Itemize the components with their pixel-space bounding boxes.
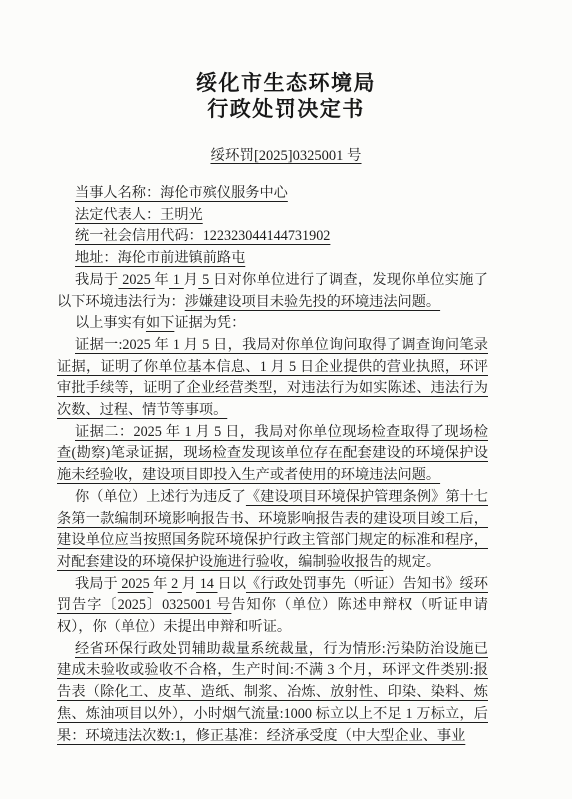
paragraph-discretion-assessment-segment: 经省环保行政处罚辅助裁量系统裁量，行为情形:污染防治设施已建成未验收或验收不合格… bbox=[57, 641, 488, 744]
paragraph-party-name-segment: 当事人名称：海伦市殡仪服务中心 bbox=[75, 185, 288, 201]
document-title: 绥化市生态环境局 行政处罚决定书 bbox=[0, 71, 572, 123]
document-page: 绥化市生态环境局 行政处罚决定书 绥环罚[2025]0325001 号 当事人名… bbox=[0, 0, 572, 799]
paragraph-party-name: 当事人名称：海伦市殡仪服务中心 bbox=[57, 183, 488, 205]
paragraph-violation-clause: 你（单位）上述行为违反了《建设项目环境保护管理条例》第十七条第一款编制环境影响报… bbox=[57, 487, 488, 574]
paragraph-discretion-assessment: 经省环保行政处罚辅助裁量系统裁量，行为情形:污染防治设施已建成未验收或验收不合格… bbox=[57, 639, 488, 748]
paragraph-evidence-2: 证据二：2025 年 1 月 5 日，我局对你单位现场检查取得了现场检查(勘察)… bbox=[57, 422, 488, 487]
document-number: 绥环罚[2025]0325001 号 bbox=[0, 146, 572, 166]
paragraph-prior-notification-segment: 2025 bbox=[118, 576, 154, 592]
paragraph-evidence-intro: 以上事实有如下证据为凭： bbox=[57, 313, 488, 335]
paragraph-investigation-finding-segment: 月 bbox=[184, 272, 198, 288]
paragraph-credit-code: 统一社会信用代码：122323044144731902 bbox=[57, 226, 488, 248]
paragraph-investigation-finding-segment: 涉嫌建设项目未验先投的环境违法问题。 bbox=[185, 294, 440, 310]
paragraph-investigation-finding-segment: 我局于 bbox=[75, 272, 118, 288]
paragraph-investigation-finding-segment: 2025 bbox=[118, 272, 154, 288]
document-number-text: 绥环罚[2025]0325001 号 bbox=[210, 148, 361, 164]
paragraph-violation-clause-segment: 你（单位）上述行为违反了 bbox=[75, 489, 246, 505]
paragraph-prior-notification: 我局于 2025 年 2 月 14 日以《行政处罚事先（听证）告知书》绥环罚告字… bbox=[57, 574, 488, 639]
paragraph-address-segment: 地址：海伦市前进镇前路屯 bbox=[75, 250, 245, 266]
paragraph-evidence-1-segment: 证据一:2025 年 1 月 5 日，我局对你单位询问取得了调查询问笔录证据，证… bbox=[57, 337, 488, 418]
paragraph-prior-notification-segment: 年 bbox=[153, 576, 167, 592]
paragraph-evidence-intro-segment: 证据为凭： bbox=[174, 315, 245, 331]
paragraph-address: 地址：海伦市前进镇前路屯 bbox=[57, 248, 488, 270]
paragraph-prior-notification-segment: 日以 bbox=[217, 576, 245, 592]
paragraph-evidence-intro-segment: 以上事实有 bbox=[75, 315, 146, 331]
paragraph-prior-notification-segment: 我局于 bbox=[75, 576, 118, 592]
paragraph-prior-notification-segment: 月 bbox=[182, 576, 196, 592]
document-title-line1: 绥化市生态环境局 bbox=[0, 71, 572, 97]
document-body: 当事人名称：海伦市殡仪服务中心法定代表人：王明光统一社会信用代码：1223230… bbox=[57, 183, 488, 747]
paragraph-evidence-intro-segment: 如下 bbox=[146, 315, 174, 331]
paragraph-evidence-1: 证据一:2025 年 1 月 5 日，我局对你单位询问取得了调查询问笔录证据，证… bbox=[57, 335, 488, 422]
paragraph-investigation-finding: 我局于 2025 年 1 月 5 日对你单位进行了调查，发现你单位实施了以下环境… bbox=[57, 270, 488, 313]
paragraph-credit-code-segment: 统一社会信用代码：122323044144731902 bbox=[75, 228, 330, 244]
paragraph-investigation-finding-segment: 5 bbox=[198, 272, 213, 288]
paragraph-investigation-finding-segment: 年 bbox=[155, 272, 169, 288]
paragraph-investigation-finding-segment: 1 bbox=[169, 272, 184, 288]
paragraph-legal-representative: 法定代表人：王明光 bbox=[57, 205, 488, 227]
paragraph-legal-representative-segment: 法定代表人：王明光 bbox=[75, 207, 203, 223]
paragraph-prior-notification-segment: 14 bbox=[196, 576, 217, 592]
paragraph-violation-clause-segment: 的规定。 bbox=[383, 554, 440, 570]
paragraph-prior-notification-segment: 2 bbox=[168, 576, 182, 592]
document-title-line2: 行政处罚决定书 bbox=[0, 97, 572, 123]
paragraph-evidence-2-segment: 证据二：2025 年 1 月 5 日，我局对你单位现场检查取得了现场检查(勘察)… bbox=[57, 424, 488, 483]
